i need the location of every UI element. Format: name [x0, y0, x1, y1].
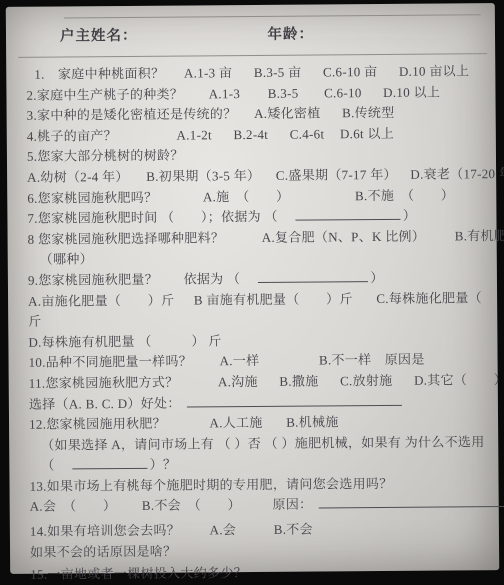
- option-b: B.传统型: [342, 105, 395, 120]
- option-b: B.不施 （ ）: [355, 187, 454, 203]
- option-a: A.施 （ ）: [203, 188, 290, 204]
- option-b: B.初果期（3-5 年）: [146, 168, 260, 184]
- question-12-continuation: （如果选择 A，请问市场上有 （ ）否 （ ）施肥机械，如果有 为什么不选用: [29, 432, 486, 456]
- option-c: C.4-6t: [290, 126, 325, 141]
- option-c: C.放射施: [340, 373, 393, 388]
- option-a: A.亩施化肥量（ ）斤: [28, 292, 174, 308]
- option-a: A.沟施: [218, 374, 258, 389]
- option-a: A.幼树（2-4 年）: [27, 169, 129, 185]
- question-text: 8 您家桃园施秋肥选择哪种肥料？: [28, 230, 225, 247]
- option-b: B.2-4t: [233, 127, 268, 142]
- option-c: C.6-10: [324, 85, 362, 100]
- option-c: C.6-10 亩: [323, 64, 378, 79]
- option-b: B.不会 （ ）: [142, 498, 241, 514]
- question-text: 6.您家桃园施秋肥吗？: [27, 189, 157, 205]
- fill-in-blank: [73, 456, 148, 470]
- question-list: 1. 家庭中种桃面积？ A.1-3 亩 B.3-5 亩 C.6-10 亩 D.1…: [26, 54, 487, 585]
- question-text: 12.您家桃园施用秋肥？: [29, 416, 166, 432]
- question-text: 11.您家桃园施秋肥方式？: [29, 374, 179, 390]
- household-name-label: 户主姓名：: [60, 24, 138, 46]
- question-14-continuation: 如果不会的话原因是啥？: [30, 539, 487, 563]
- option-b: B.有机肥: [455, 228, 504, 243]
- continuation-text: 如果不会的话原因是啥？: [30, 543, 176, 559]
- fill-in-blank: [296, 207, 401, 221]
- question-11: 11.您家桃园施秋肥方式？ A.沟施 B.撒施 C.放射施 D.其它（ ）: [29, 370, 486, 394]
- option-b: B.3-5: [268, 85, 299, 100]
- option-b: B.不会: [274, 522, 313, 537]
- question-text: 10.品种不同施肥量一样吗？: [29, 354, 193, 370]
- question-8: 8 您家桃园施秋肥选择哪种肥料？ A.复合肥（N、P、K 比例） B.有机肥: [28, 226, 485, 250]
- option-a: A.矮化密植: [254, 106, 321, 122]
- option-d: D.每株施有机肥量 （ ） 斤: [28, 333, 221, 350]
- question-text: 13.如果市场上有桃每个施肥时期的专用肥，请问您会选用吗？: [29, 476, 392, 494]
- basis-text: 依据为 （: [183, 271, 240, 286]
- option-d: D.衰老（17-20 年）: [410, 166, 504, 182]
- question-text: 3.家中种的是矮化密植还是传统的？: [27, 106, 237, 123]
- continuation-text: 选择（A. B. C. D）好处：: [29, 395, 181, 411]
- question-15: 15.一亩地或者一棵树投入大约多少？: [30, 561, 487, 585]
- option-b: B 亩施有机肥量（ ）斤: [194, 291, 353, 307]
- questionnaire-paper: 户主姓名： 年龄： 1. 家庭中种桃面积？ A.1-3 亩 B.3-5 亩 C.…: [6, 3, 499, 574]
- unit-text: 斤: [28, 314, 41, 329]
- option-b: B.3-5 亩: [254, 65, 302, 80]
- option-b: B.机械施: [286, 414, 339, 429]
- question-text: 5.您家大部分桃树的树龄？: [27, 148, 184, 164]
- age-label: 年龄：: [267, 23, 314, 44]
- question-text: 15.一亩地或者一棵树投入大约多少？: [30, 565, 247, 582]
- option-a: A.会 （ ）: [30, 499, 117, 515]
- form-header: 户主姓名： 年龄：: [26, 15, 483, 51]
- option-c: C.每株施化肥量（ ）: [376, 289, 504, 305]
- question-13-options: A.会 （ ） B.不会 （ ） 原因：: [30, 494, 487, 518]
- option-a: A.1-3: [209, 86, 241, 101]
- option-b: B.不一样 原因是: [319, 352, 425, 368]
- option-b: B.撒施: [279, 373, 318, 388]
- option-d: D.10 以上: [383, 84, 440, 99]
- option-a: A.1-2t: [176, 127, 212, 142]
- closing-paren: ）: [370, 270, 383, 285]
- question-text: 7.您家桃园施秋肥时间 （ ）；依据为 （: [27, 209, 277, 226]
- option-d: D.其它（ ）: [414, 372, 504, 388]
- option-d: D.6t 以上: [340, 126, 394, 141]
- reason-label: 原因：: [272, 497, 312, 512]
- option-a: A.人工施: [209, 415, 262, 430]
- fill-in-blank: [258, 269, 368, 283]
- question-text: 1. 家庭中种桃面积？: [34, 66, 164, 82]
- option-d: D.10 亩以上: [399, 63, 469, 79]
- continuation-text: （如果选择 A，请问市场上有 （ ）否 （ ）施肥机械，如果有 为什么不选用: [41, 434, 484, 452]
- fill-in-blank: [187, 392, 402, 407]
- continuation-text: （哪种）: [40, 252, 93, 267]
- option-a: A.复合肥（N、P、K 比例）: [262, 228, 426, 244]
- question-text: 2.家庭中生产桃子的种类？: [26, 86, 183, 102]
- question-text: 14.如果有培训您会去吗？: [30, 523, 180, 539]
- closing-paren: ）？: [150, 457, 177, 472]
- option-a: A.1-3 亩: [184, 65, 232, 80]
- question-9-options: A.亩施化肥量（ ）斤 B 亩施有机肥量（ ）斤 C.每株施化肥量（ ）: [28, 288, 485, 312]
- question-text: 9.您家桃园施秋肥量？: [28, 272, 158, 288]
- option-a: A.一样: [220, 353, 260, 368]
- fill-in-blank: [318, 494, 504, 509]
- question-5-options: A.幼树（2-4 年） B.初果期（3-5 年） C.盛果期（7-17 年） D…: [27, 164, 484, 188]
- option-a: A.会: [210, 522, 237, 537]
- question-text: 4.桃子的亩产？: [27, 128, 117, 144]
- opening-paren: （: [41, 458, 54, 473]
- option-c: C.盛果期（7-17 年）: [276, 167, 397, 183]
- question-2: 2.家庭中生产桃子的种类？ A.1-3 B.3-5 C.6-10 D.10 以上: [26, 82, 483, 106]
- closing-paren: ）: [403, 208, 416, 223]
